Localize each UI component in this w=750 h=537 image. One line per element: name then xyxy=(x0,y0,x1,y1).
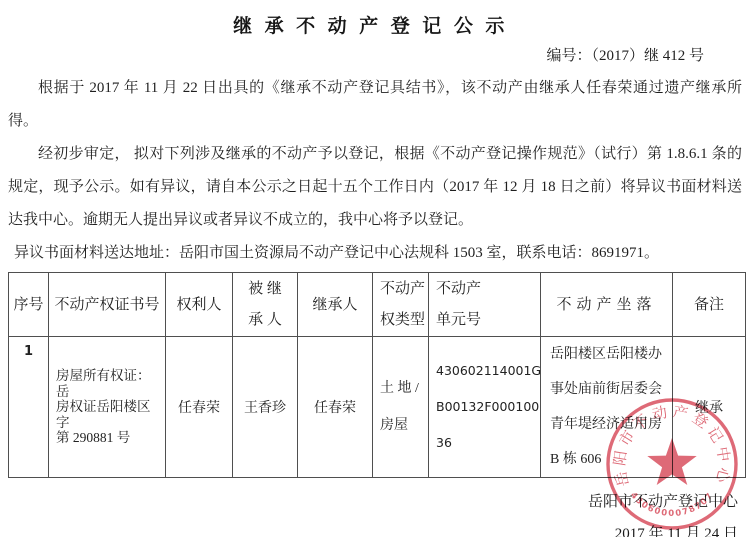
table-header-row: 序号 不动产权证书号 权利人 被 继 承 人 继承人 不动产 权类型 不动产 单… xyxy=(9,273,746,337)
cell-decedent: 王香珍 xyxy=(233,337,298,478)
paragraph-contact-address: 异议书面材料送达地址：岳阳市国土资源局不动产登记中心法规科 1503 室，联系电… xyxy=(8,237,742,270)
cell-unit-no: 430602114001G B00132F000100 36 xyxy=(429,337,541,478)
table-row: 1 房屋所有权证：岳 房权证岳阳楼区字 第 290881 号 任春荣 王香珍 任… xyxy=(9,337,746,478)
notice-document: 继承不动产登记公示 编号：（2017）继 412 号 根据于 2017 年 11… xyxy=(0,0,750,537)
signature-block: 岳阳市不动产登记中心 2017 年 11 月 24 日 xyxy=(0,492,750,537)
issuer-name: 岳阳市不动产登记中心 xyxy=(0,492,738,512)
cell-property-type: 土 地 / 房屋 xyxy=(373,337,429,478)
col-header-cert-no: 不动产权证书号 xyxy=(49,273,166,337)
col-header-seq: 序号 xyxy=(9,273,49,337)
registration-table: 序号 不动产权证书号 权利人 被 继 承 人 继承人 不动产 权类型 不动产 单… xyxy=(8,272,746,478)
cell-remark: 继承 xyxy=(673,337,746,478)
cell-seq: 1 xyxy=(9,337,49,478)
col-header-decedent: 被 继 承 人 xyxy=(233,273,298,337)
paragraph-review-and-objection: 经初步审定， 拟对下列涉及继承的不动产予以登记，根据《不动产登记操作规范》（试行… xyxy=(8,138,742,237)
issue-date: 2017 年 11 月 24 日 xyxy=(0,524,738,537)
cell-cert-no: 房屋所有权证：岳 房权证岳阳楼区字 第 290881 号 xyxy=(49,337,166,478)
notice-body: 根据于 2017 年 11 月 22 日出具的《继承不动产登记具结书》，该不动产… xyxy=(8,72,742,270)
cell-location: 岳阳楼区岳阳楼办 事处庙前街居委会 青年堤经济适用房 B 栋 606 xyxy=(541,337,673,478)
cell-heir: 任春荣 xyxy=(298,337,373,478)
document-number: 编号：（2017）继 412 号 xyxy=(0,46,750,67)
col-header-unit-no: 不动产 单元号 xyxy=(429,273,541,337)
paragraph-basis: 根据于 2017 年 11 月 22 日出具的《继承不动产登记具结书》，该不动产… xyxy=(8,72,742,138)
col-header-property-type: 不动产 权类型 xyxy=(373,273,429,337)
col-header-remark: 备注 xyxy=(673,273,746,337)
col-header-holder: 权利人 xyxy=(166,273,233,337)
cell-holder: 任春荣 xyxy=(166,337,233,478)
page-title: 继承不动产登记公示 xyxy=(0,0,750,40)
col-header-heir: 继承人 xyxy=(298,273,373,337)
col-header-location: 不动产坐落 xyxy=(541,273,673,337)
